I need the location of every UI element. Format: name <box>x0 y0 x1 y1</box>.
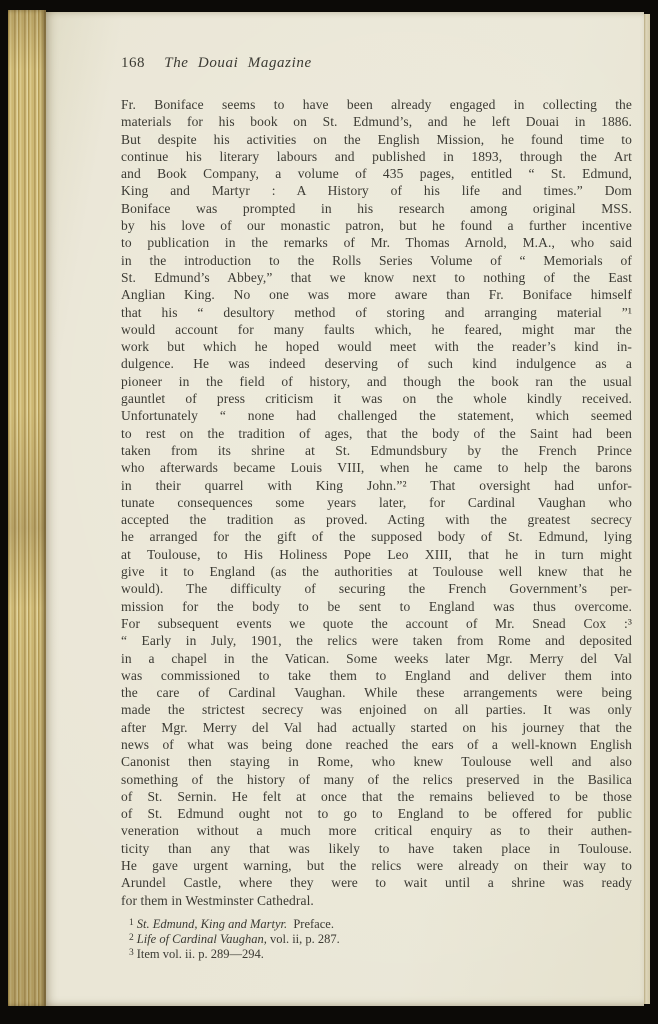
body-text-line: taken from its shrine at St. Edmundsbury… <box>121 442 632 459</box>
body-text-line: news of what was being done reached the … <box>121 736 632 753</box>
footnote-title-italic: Life of Cardinal Vaughan, <box>137 932 267 946</box>
body-text-line: Boniface was prompted in his research am… <box>121 200 632 217</box>
body-text-line: “ Early in July, 1901, the relics were t… <box>121 632 632 649</box>
body-text-line: in the introduction to the Rolls Series … <box>121 252 632 269</box>
footnote: 3Item vol. ii. p. 289—294. <box>129 946 632 961</box>
page-number: 168 <box>121 55 145 72</box>
body-text: Fr. Boniface seems to have been already … <box>121 96 632 909</box>
body-text-line: by his love of our monastic patron, but … <box>121 217 632 234</box>
footnote-marker: 3 <box>129 946 134 961</box>
body-text-line: dulgence. He was indeed deserving of suc… <box>121 355 632 372</box>
footnote: 2Life of Cardinal Vaughan, vol. ii, p. 2… <box>129 931 632 946</box>
body-text-line: St. Edmund’s Abbey,” that we know next t… <box>121 269 632 286</box>
body-text-line: would). The difficulty of securing the F… <box>121 580 632 597</box>
footnote-text: Item vol. ii. p. 289—294. <box>137 947 264 961</box>
body-text-line: veneration without a much more critical … <box>121 822 632 839</box>
magazine-title: The Douai Magazine <box>164 55 311 72</box>
body-text-line: at Toulouse, to His Holiness Pope Leo XI… <box>121 546 632 563</box>
body-text-line: But despite his activities on the Englis… <box>121 131 632 148</box>
body-text-line: gauntlet of press criticism it was on th… <box>121 390 632 407</box>
footnote-text: vol. ii, p. 287. <box>267 932 340 946</box>
body-text-line: Arundel Castle, where they were to wait … <box>121 874 632 891</box>
body-text-line: materials for his book on St. Edmund’s, … <box>121 113 632 130</box>
body-text-line: he arranged for the gift of the supposed… <box>121 528 632 545</box>
book-page: 168 The Douai Magazine Fr. Boniface seem… <box>46 12 644 1006</box>
body-text-line: Anglian King. No one was more aware than… <box>121 286 632 303</box>
body-text-line: would account for many faults which, he … <box>121 321 632 338</box>
body-text-line: made the strictest secrecy was enjoined … <box>121 701 632 718</box>
facing-page-edge <box>643 14 650 1004</box>
body-text-line: tunate consequences some years later, fo… <box>121 494 632 511</box>
body-text-line: Canonist then staying in Rome, who knew … <box>121 753 632 770</box>
body-text-line: the care of Cardinal Vaughan. While thes… <box>121 684 632 701</box>
body-text-line: mission for the body to be sent to Engla… <box>121 598 632 615</box>
body-text-line: give it to England (as the authorities a… <box>121 563 632 580</box>
footnote-text: Preface. <box>287 917 334 931</box>
body-text-line: For subsequent events we quote the accou… <box>121 615 632 632</box>
body-text-line: that his “ desultory method of storing a… <box>121 304 632 321</box>
body-text-line: and Book Company, a volume of 435 pages,… <box>121 165 632 182</box>
body-text-line: pioneer in the field of history, and tho… <box>121 373 632 390</box>
body-text-line: for them in Westminster Cathedral. <box>121 892 632 909</box>
running-header: 168 The Douai Magazine <box>121 55 632 75</box>
body-text-line: Unfortunately “ none had challenged the … <box>121 407 632 424</box>
book-page-edges <box>8 10 46 1006</box>
body-text-line: King and Martyr : A History of his life … <box>121 182 632 199</box>
body-text-line: in a chapel in the Vatican. Some weeks l… <box>121 650 632 667</box>
scanned-book-photo: 168 The Douai Magazine Fr. Boniface seem… <box>0 0 658 1024</box>
body-text-line: to rest on the tradition of ages, that t… <box>121 425 632 442</box>
footnote: 1St. Edmund, King and Martyr. Preface. <box>129 916 632 931</box>
body-text-line: ticity than any that was likely to have … <box>121 840 632 857</box>
footnotes: 1St. Edmund, King and Martyr. Preface.2L… <box>129 916 632 962</box>
footnote-marker: 1 <box>129 916 134 931</box>
body-text-line: Fr. Boniface seems to have been already … <box>121 96 632 113</box>
body-text-line: something of the history of many of the … <box>121 771 632 788</box>
footnote-title-italic: St. Edmund, King and Martyr. <box>137 917 287 931</box>
body-text-line: accepted the tradition as proved. Acting… <box>121 511 632 528</box>
body-text-line: to publication in the remarks of Mr. Tho… <box>121 234 632 251</box>
body-text-line: He gave urgent warning, but the relics w… <box>121 857 632 874</box>
body-text-line: in their quarrel with King John.”² That … <box>121 477 632 494</box>
body-text-line: of St. Edmund ought not to go to England… <box>121 805 632 822</box>
body-text-line: work but which he hoped would meet with … <box>121 338 632 355</box>
body-text-line: of St. Sernin. He felt at once that the … <box>121 788 632 805</box>
body-text-line: after Mgr. Merry del Val had actually st… <box>121 719 632 736</box>
body-text-line: continue his literary labours and publis… <box>121 148 632 165</box>
body-text-line: was commissioned to take them to England… <box>121 667 632 684</box>
footnote-marker: 2 <box>129 931 134 946</box>
body-text-line: who afterwards became Louis VIII, when h… <box>121 459 632 476</box>
